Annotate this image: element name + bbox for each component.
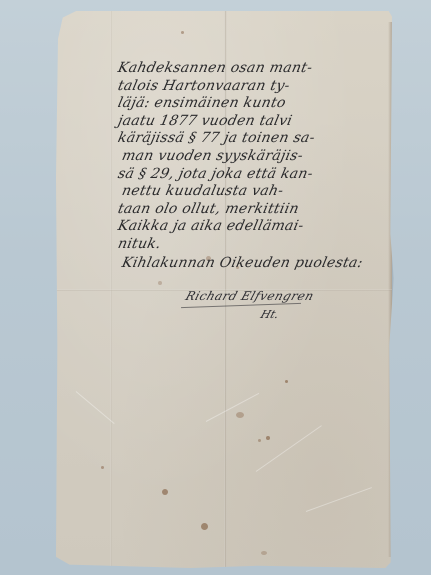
document-photo: Kahdeksannen osan mant- talois Hartonvaa…: [0, 0, 431, 575]
body-line: läjä: ensimäinen kunto: [116, 95, 405, 113]
ink-stain: [258, 439, 261, 442]
ink-stain: [285, 380, 288, 383]
paper-crease: [306, 487, 372, 512]
ink-stain: [201, 523, 208, 530]
body-line: sä § 29, jota joka että kan-: [116, 166, 405, 184]
paper-crease: [76, 391, 115, 424]
signature: Richard Elfvengren: [184, 289, 316, 303]
body-line: man vuoden syyskäräjis-: [116, 148, 405, 166]
body-line: käräjissä § 77 ja toinen sa-: [116, 130, 405, 148]
body-line: jaatu 1877 vuoden talvi: [116, 113, 405, 131]
ink-stain: [158, 281, 162, 285]
body-line: talois Hartonvaaran ty-: [116, 78, 405, 96]
body-line: taan olo ollut, merkittiin: [116, 201, 405, 219]
ink-stain: [101, 466, 104, 469]
ink-stain: [236, 412, 244, 418]
body-line: nituk.: [116, 236, 405, 254]
paper-crease: [256, 425, 322, 472]
ink-stain: [162, 489, 168, 495]
signature-initials: Ht.: [259, 308, 281, 321]
handwritten-body: Kahdeksannen osan mant- talois Hartonvaa…: [116, 60, 401, 272]
ink-stain: [266, 436, 270, 440]
body-line: Kaikka ja aika edellämai-: [116, 218, 405, 236]
paper-sheet: Kahdeksannen osan mant- talois Hartonvaa…: [56, 11, 392, 568]
ink-stain: [261, 551, 267, 555]
body-line: nettu kuudalusta vah-: [116, 183, 405, 201]
ink-stain: [181, 31, 184, 34]
paper-crease: [206, 393, 259, 422]
body-line: Kahdeksannen osan mant-: [116, 60, 405, 78]
signature-flourish: [181, 303, 301, 308]
court-closing-line: Kihlakunnan Oikeuden puolesta:: [116, 255, 405, 273]
